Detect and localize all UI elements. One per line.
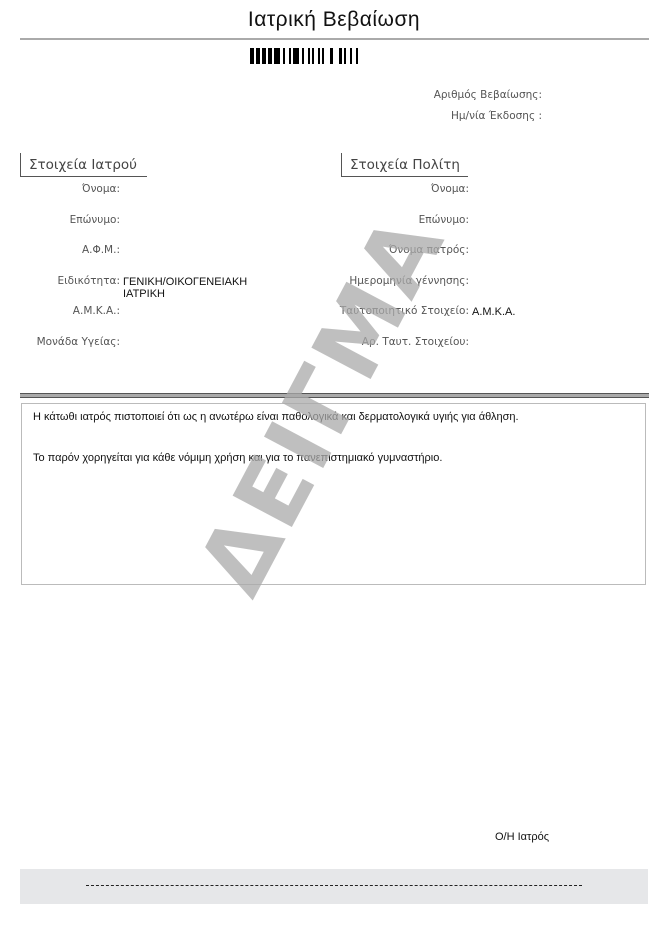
doctor-health-unit-label: Μονάδα Υγείας: bbox=[0, 336, 120, 348]
signature-footer bbox=[20, 869, 648, 904]
document-title: Ιατρική Βεβαίωση bbox=[0, 8, 668, 32]
barcode-bar bbox=[312, 48, 314, 64]
citizen-last-name-label: Επώνυμο: bbox=[300, 214, 469, 226]
barcode-bar bbox=[350, 48, 352, 64]
doctor-specialty-label: Ειδικότητα: bbox=[10, 275, 120, 287]
barcode-bar bbox=[330, 48, 333, 64]
citizen-first-name-label: Όνομα: bbox=[300, 183, 469, 195]
barcode-bar bbox=[256, 48, 260, 64]
citizen-id-type-label: Ταυτοποιητικό Στοιχείο: bbox=[300, 305, 469, 317]
certificate-text-line-1: Η κάτωθι ιατρός πιστοποιεί ότι ως η ανωτ… bbox=[33, 411, 519, 423]
barcode-bar bbox=[356, 48, 358, 64]
citizen-section-heading: Στοιχεία Πολίτη bbox=[341, 153, 468, 177]
issue-date-label: Ημ/νία Έκδοσης : bbox=[380, 110, 542, 122]
barcode-bar bbox=[289, 48, 291, 64]
barcode-bar bbox=[268, 48, 272, 64]
barcode-bar bbox=[339, 48, 342, 64]
citizen-birth-date-label: Ημερομηνία γέννησης: bbox=[300, 275, 469, 287]
doctor-afm-label: Α.Φ.Μ.: bbox=[10, 244, 120, 256]
barcode-bar bbox=[322, 48, 324, 64]
barcode-bar bbox=[262, 48, 266, 64]
barcode-bar bbox=[283, 48, 285, 64]
doctor-first-name-label: Όνομα: bbox=[10, 183, 120, 195]
certificate-number-label: Αριθμός Βεβαίωσης: bbox=[380, 89, 542, 101]
barcode-bar bbox=[293, 48, 299, 64]
signature-label: Ο/Η Ιατρός bbox=[495, 831, 549, 843]
citizen-id-type-value: Α.Μ.Κ.Α. bbox=[472, 306, 515, 318]
barcode-bar bbox=[274, 48, 280, 64]
certificate-text-box: Η κάτωθι ιατρός πιστοποιεί ότι ως η ανωτ… bbox=[21, 403, 646, 585]
signature-line bbox=[86, 885, 582, 886]
citizen-father-name-label: Όνομα πατρός: bbox=[300, 244, 469, 256]
barcode bbox=[250, 48, 362, 64]
barcode-bar bbox=[250, 48, 254, 64]
doctor-last-name-label: Επώνυμο: bbox=[10, 214, 120, 226]
barcode-bar bbox=[302, 48, 304, 64]
doctor-amka-label: Α.Μ.Κ.Α.: bbox=[10, 305, 120, 317]
section-divider bbox=[20, 393, 649, 398]
barcode-bar bbox=[344, 48, 346, 64]
barcode-bar bbox=[308, 48, 310, 64]
title-rule bbox=[20, 38, 649, 40]
citizen-id-number-label: Αρ. Ταυτ. Στοιχείου: bbox=[300, 336, 469, 348]
doctor-specialty-value: ΓΕΝΙΚΗ/ΟΙΚΟΓΕΝΕΙΑΚΗ ΙΑΤΡΙΚΗ bbox=[123, 276, 263, 300]
certificate-text-line-2: Το παρόν χορηγείται για κάθε νόμιμη χρήσ… bbox=[33, 452, 442, 464]
barcode-bar bbox=[318, 48, 320, 64]
doctor-section-heading: Στοιχεία Ιατρού bbox=[20, 153, 147, 177]
